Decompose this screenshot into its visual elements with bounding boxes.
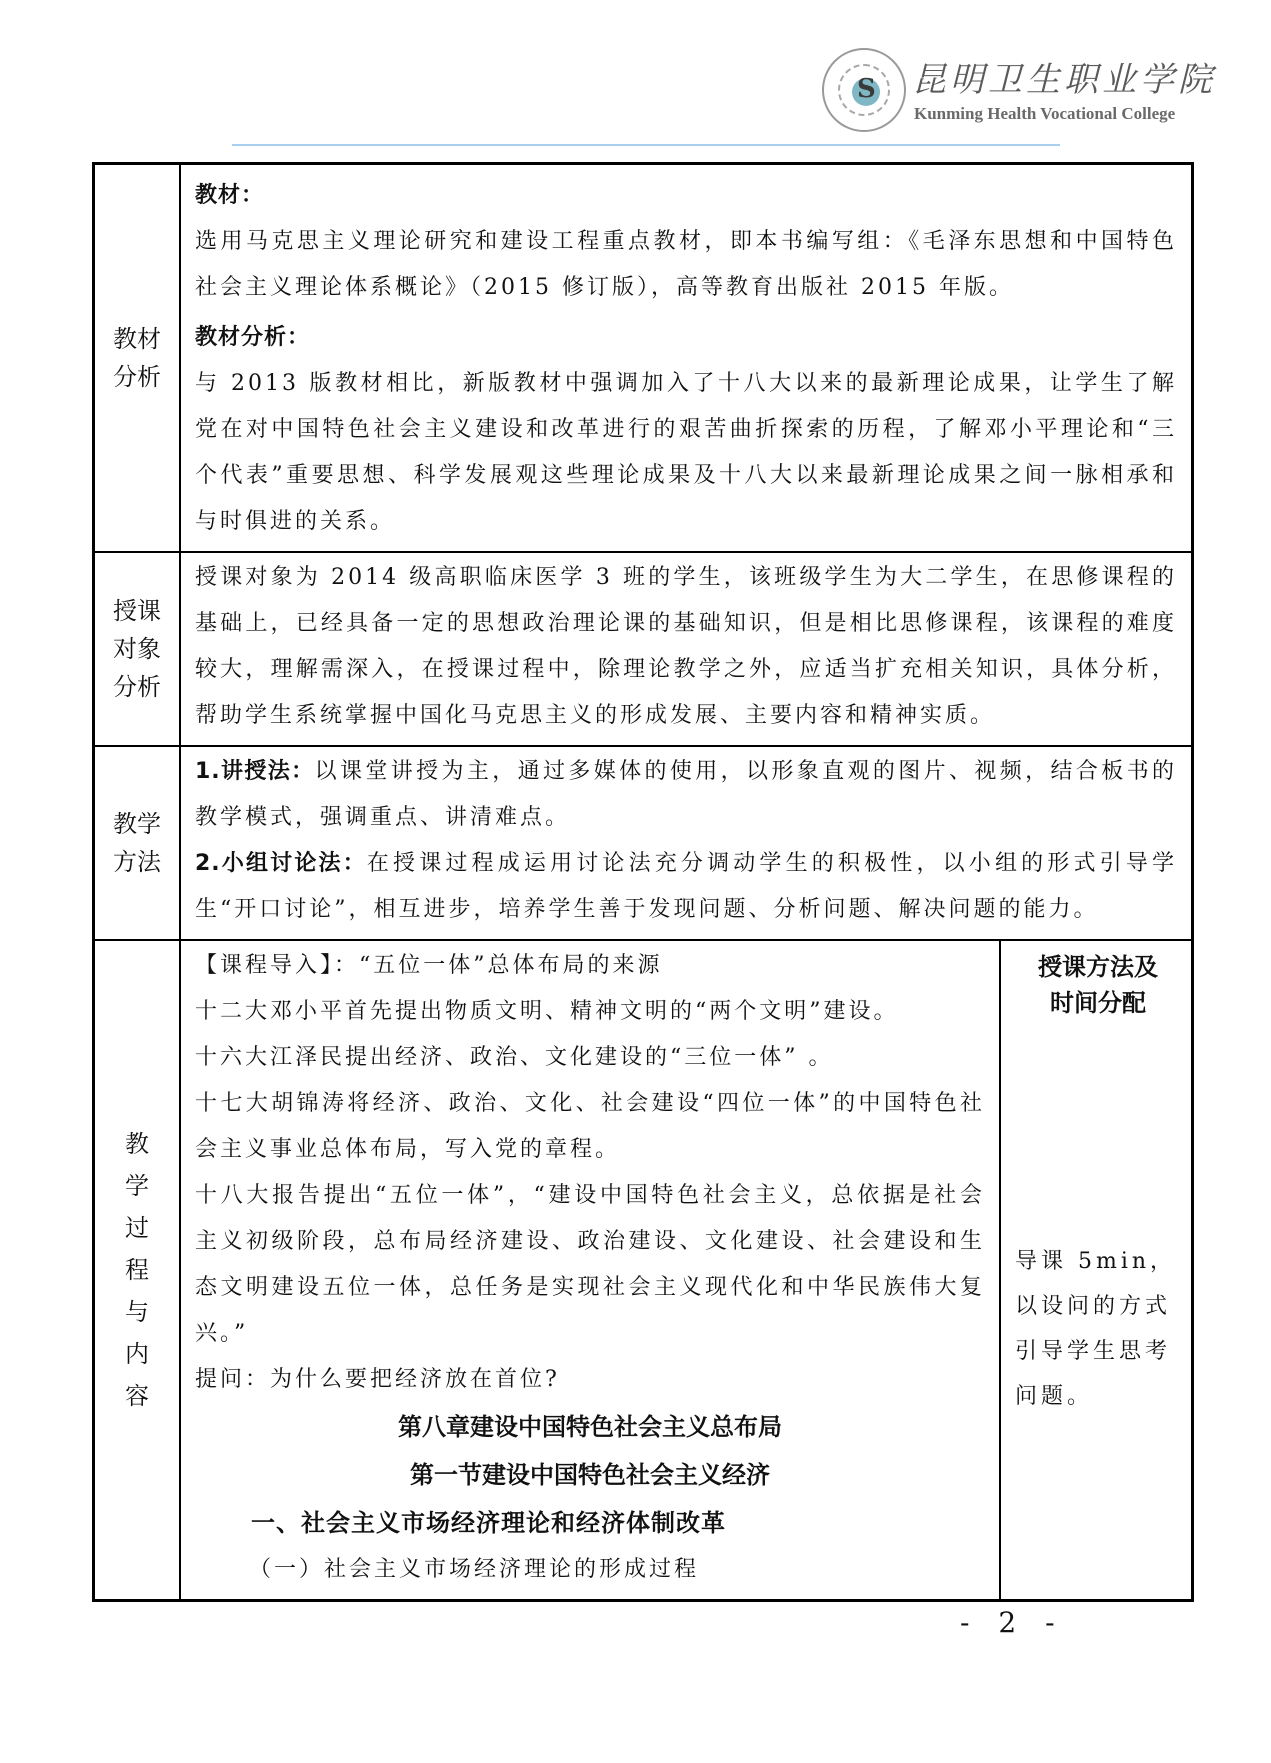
college-name-cn: 昆明卫生职业学院 bbox=[912, 52, 1216, 101]
process-line: 十七大胡锦涛将经济、政治、文化、社会建设“四位一体”的中国特色社会主义事业总体布… bbox=[195, 1081, 985, 1173]
course-intro: 【课程导入】：“五位一体”总体布局的来源 bbox=[195, 943, 985, 989]
row-label-process: 教 学 过 程 与 内 容 bbox=[94, 940, 181, 1601]
lesson-plan-table: 教材 分析 教材： 选用马克思主义理论研究和建设工程重点教材，即本书编写组：《毛… bbox=[92, 162, 1194, 1602]
process-line: 十二大邓小平首先提出物质文明、精神文明的“两个文明”建设。 bbox=[195, 989, 985, 1035]
time-allocation-column: 授课方法及 时间分配 导课 5min，以设问的方式引导学生思考问题。 bbox=[1000, 941, 1191, 1599]
row-label-audience: 授课 对象 分析 bbox=[94, 552, 181, 746]
process-line: 十六大江泽民提出经济、政治、文化建设的“三位一体” 。 bbox=[195, 1035, 985, 1081]
section-title: 第一节建设中国特色社会主义经济 bbox=[195, 1451, 985, 1499]
label-line: 方法 bbox=[95, 843, 179, 881]
time-note: 导课 5min，以设问的方式引导学生思考问题。 bbox=[1015, 1239, 1181, 1419]
label-char: 容 bbox=[95, 1375, 179, 1417]
audience-paragraph: 授课对象为 2014 级高职临床医学 3 班的学生，该班级学生为大二学生，在思修… bbox=[195, 555, 1177, 739]
audience-content: 授课对象为 2014 级高职临床医学 3 班的学生，该班级学生为大二学生，在思修… bbox=[180, 552, 1193, 746]
label-char: 程 bbox=[95, 1249, 179, 1291]
process-main-content: 【课程导入】：“五位一体”总体布局的来源 十二大邓小平首先提出物质文明、精神文明… bbox=[181, 941, 1000, 1599]
row-label-textbook: 教材 分析 bbox=[94, 164, 181, 553]
methods-content: 1.讲授法：以课堂讲授为主，通过多媒体的使用，以形象直观的图片、视频，结合板书的… bbox=[180, 746, 1193, 940]
textbook-content: 教材： 选用马克思主义理论研究和建设工程重点教材，即本书编写组：《毛泽东思想和中… bbox=[180, 164, 1193, 553]
row-teaching-methods: 教学 方法 1.讲授法：以课堂讲授为主，通过多媒体的使用，以形象直观的图片、视频… bbox=[94, 746, 1193, 940]
row-process-content: 教 学 过 程 与 内 容 【课程导入】：“五位一体”总体布局的来源 十二大邓小… bbox=[94, 940, 1193, 1601]
method-lecture-text: 以课堂讲授为主，通过多媒体的使用，以形象直观的图片、视频，结合板书的教学模式，强… bbox=[195, 759, 1177, 830]
page-number: - 2 - bbox=[960, 1606, 1065, 1639]
textbook-analysis-paragraph: 与 2013 版教材相比，新版教材中强调加入了十八大以来的最新理论成果，让学生了… bbox=[195, 361, 1177, 545]
process-inner-table: 【课程导入】：“五位一体”总体布局的来源 十二大邓小平首先提出物质文明、精神文明… bbox=[181, 941, 1191, 1599]
header-line: 授课方法及 bbox=[1015, 949, 1181, 985]
method-discussion-title: 2.小组讨论法： bbox=[195, 851, 367, 876]
header-divider bbox=[232, 144, 1060, 146]
process-line: 十八大报告提出“五位一体”，“建设中国特色社会主义，总依据是社会主义初级阶段，总… bbox=[195, 1173, 985, 1357]
page-header: S 昆明卫生职业学院 Kunming Health Vocational Col… bbox=[0, 0, 1271, 150]
label-line: 分析 bbox=[95, 668, 179, 706]
method-lecture-title: 1.讲授法： bbox=[195, 759, 315, 784]
textbook-paragraph: 选用马克思主义理论研究和建设工程重点教材，即本书编写组：《毛泽东思想和中国特色社… bbox=[195, 219, 1177, 311]
textbook-heading: 教材： bbox=[195, 173, 1177, 219]
question-line: 提问：为什么要把经济放在首位? bbox=[195, 1357, 985, 1403]
header-line: 时间分配 bbox=[1015, 985, 1181, 1021]
method-group-discussion: 2.小组讨论法：在授课过程成运用讨论法充分调动学生的积极性，以小组的形式引导学生… bbox=[195, 841, 1177, 933]
label-line: 分析 bbox=[95, 358, 179, 396]
row-label-methods: 教学 方法 bbox=[94, 746, 181, 940]
process-cell: 【课程导入】：“五位一体”总体布局的来源 十二大邓小平首先提出物质文明、精神文明… bbox=[180, 940, 1193, 1601]
label-char: 与 bbox=[95, 1291, 179, 1333]
subsection-title: 一、社会主义市场经济理论和经济体制改革 bbox=[195, 1499, 985, 1547]
time-column-header: 授课方法及 时间分配 bbox=[1015, 949, 1181, 1021]
textbook-analysis-heading: 教材分析： bbox=[195, 315, 1177, 361]
subsubsection-title: （一）社会主义市场经济理论的形成过程 bbox=[195, 1547, 985, 1593]
method-lecture: 1.讲授法：以课堂讲授为主，通过多媒体的使用，以形象直观的图片、视频，结合板书的… bbox=[195, 749, 1177, 841]
label-char: 内 bbox=[95, 1333, 179, 1375]
label-char: 过 bbox=[95, 1207, 179, 1249]
row-textbook-analysis: 教材 分析 教材： 选用马克思主义理论研究和建设工程重点教材，即本书编写组：《毛… bbox=[94, 164, 1193, 553]
college-seal-icon: S bbox=[822, 48, 906, 132]
chapter-title: 第八章建设中国特色社会主义总布局 bbox=[195, 1403, 985, 1451]
row-audience-analysis: 授课 对象 分析 授课对象为 2014 级高职临床医学 3 班的学生，该班级学生… bbox=[94, 552, 1193, 746]
label-line: 教学 bbox=[95, 805, 179, 843]
label-line: 教材 bbox=[95, 320, 179, 358]
label-char: 学 bbox=[95, 1165, 179, 1207]
label-char: 教 bbox=[95, 1123, 179, 1165]
college-name-en: Kunming Health Vocational College bbox=[914, 104, 1175, 124]
label-line: 授课 bbox=[95, 592, 179, 630]
label-line: 对象 bbox=[95, 630, 179, 668]
